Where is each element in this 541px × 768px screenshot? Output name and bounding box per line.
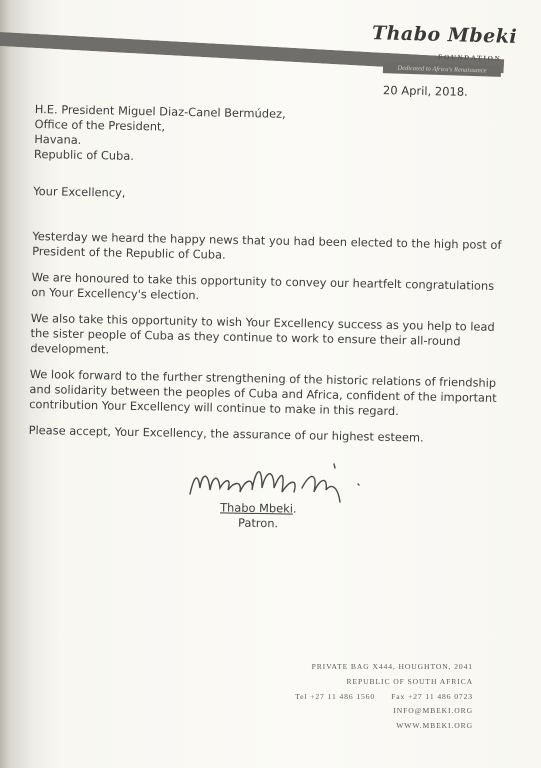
letter-body: H.E. President Miguel Diaz-Canel Bermúde… (29, 102, 505, 447)
footer-tel: Tel +27 11 486 1560 (295, 692, 375, 701)
paragraph: We look forward to the further strengthe… (29, 367, 500, 421)
paragraph: We also take this opportunity to wish Yo… (30, 311, 501, 365)
letterhead-footer: PRIVATE BAG X444, HOUGHTON, 2041 REPUBLI… (295, 660, 473, 734)
foundation-label: FOUNDATION (438, 53, 502, 63)
signature-icon (182, 458, 412, 506)
paragraph: Yesterday we heard the happy news that y… (32, 229, 502, 268)
footer-phone-line: Tel +27 11 486 1560Fax +27 11 486 0723 (295, 690, 473, 705)
footer-email: INFO@MBEKI.ORG (295, 704, 473, 719)
letter-date: 20 April, 2018. (383, 83, 468, 99)
signatory-name: Thabo Mbeki (220, 500, 293, 515)
tagline-text: Dedicated to Africa's Renaissance (397, 65, 486, 75)
salutation: Your Excellency, (33, 184, 503, 208)
letter-page: Thabo Mbeki FOUNDATION Dedicated to Afri… (0, 0, 541, 768)
paragraph: We are honoured to take this opportunity… (31, 270, 501, 309)
footer-country: REPUBLIC OF SOUTH AFRICA (295, 675, 473, 690)
footer-address: PRIVATE BAG X444, HOUGHTON, 2041 (295, 660, 473, 675)
footer-website: WWW.MBEKI.ORG (295, 719, 473, 734)
signatory-block: Thabo Mbeki. Patron. (220, 500, 297, 531)
footer-fax: Fax +27 11 486 0723 (391, 692, 473, 701)
recipient-address: H.E. President Miguel Diaz-Canel Bermúde… (34, 102, 505, 171)
signatory-name-line: Thabo Mbeki. (220, 500, 297, 516)
signatory-title: Patron. (220, 515, 297, 531)
signatory-name-suffix: . (293, 502, 297, 516)
foundation-logo: Thabo Mbeki (372, 22, 518, 48)
closing-line: Please accept, Your Excellency, the assu… (29, 423, 499, 447)
tagline-bar: Dedicated to Africa's Renaissance (383, 62, 501, 77)
